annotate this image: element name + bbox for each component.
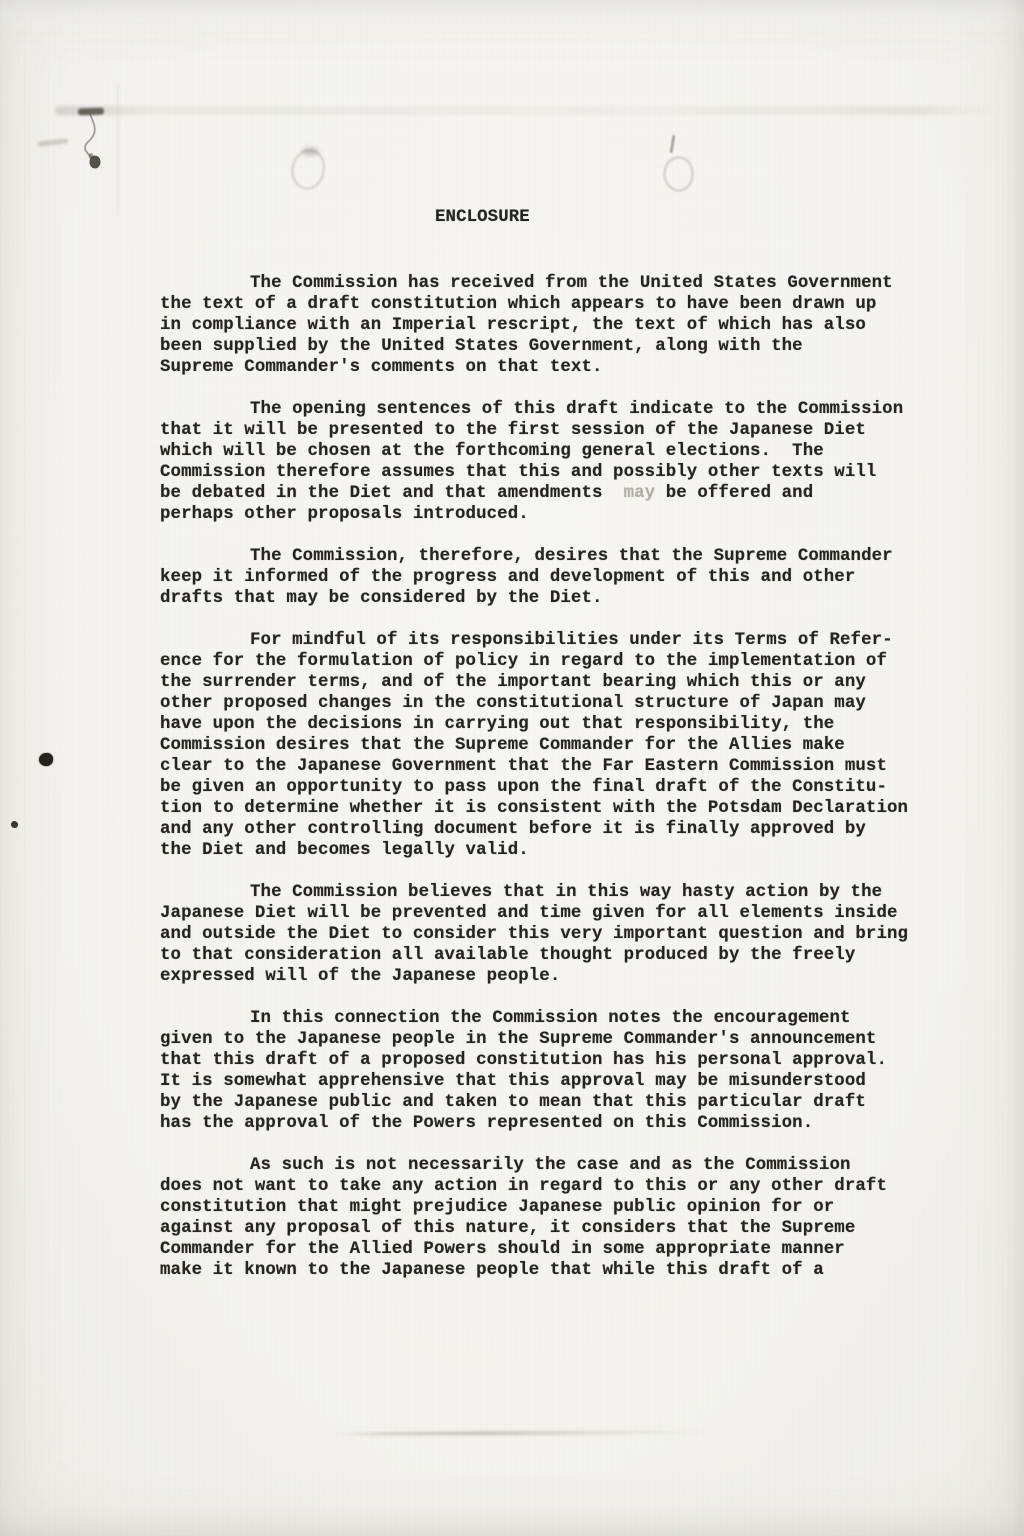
- text-line: that this draft of a proposed constituti…: [160, 1050, 960, 1071]
- document-title: ENCLOSURE: [435, 207, 530, 228]
- text-line: perhaps other proposals introduced.: [160, 504, 960, 525]
- stamp-ring-right: [663, 156, 694, 192]
- text-line: other proposed changes in the constituti…: [160, 693, 960, 714]
- paper-edge-line: [117, 84, 119, 216]
- paragraph: In this connection the Commission notes …: [160, 1008, 960, 1134]
- paragraph: For mindful of its responsibilities unde…: [160, 630, 960, 861]
- text-line: The Commission, therefore, desires that …: [160, 546, 960, 567]
- text-line: As such is not necessarily the case and …: [160, 1155, 960, 1176]
- text-line: expressed will of the Japanese people.: [160, 966, 960, 987]
- text-line: Japanese Diet will be prevented and time…: [160, 903, 960, 924]
- text-line: For mindful of its responsibilities unde…: [160, 630, 960, 651]
- text-line: drafts that may be considered by the Die…: [160, 588, 960, 609]
- text-line: be debated in the Diet and that amendmen…: [160, 483, 960, 504]
- document-content: ENCLOSURE The Commission has received fr…: [160, 207, 960, 1281]
- paragraph: The opening sentences of this draft indi…: [160, 399, 960, 525]
- paragraph: The Commission believes that in this way…: [160, 882, 960, 987]
- text-line: clear to the Japanese Government that th…: [160, 756, 960, 777]
- scan-streak: [55, 106, 995, 115]
- paragraph: As such is not necessarily the case and …: [160, 1155, 960, 1281]
- scanned-document-page: ENCLOSURE The Commission has received fr…: [0, 0, 1024, 1536]
- text-line: The Commission believes that in this way…: [160, 882, 960, 903]
- text-line: make it known to the Japanese people tha…: [160, 1260, 960, 1281]
- faded-word: may: [624, 484, 656, 503]
- text-line: It is somewhat apprehensive that this ap…: [160, 1071, 960, 1092]
- pencil-faint-dash-mark: [38, 138, 68, 147]
- text-line: Commission therefore assumes that this a…: [160, 462, 960, 483]
- text-line: the Diet and becomes legally valid.: [160, 840, 960, 861]
- stamp-ring-left-smudge: [302, 147, 319, 156]
- text-line: which will be chosen at the forthcoming …: [160, 441, 960, 462]
- text-line: that it will be presented to the first s…: [160, 420, 960, 441]
- ink-blot-large: [39, 753, 53, 766]
- text-line: the surrender terms, and of the importan…: [160, 672, 960, 693]
- paragraph: The Commission has received from the Uni…: [160, 273, 960, 378]
- text-line: given to the Japanese people in the Supr…: [160, 1029, 960, 1050]
- text-line: In this connection the Commission notes …: [160, 1008, 960, 1029]
- text-line: be given an opportunity to pass upon the…: [160, 777, 960, 798]
- text-line: have upon the decisions in carrying out …: [160, 714, 960, 735]
- pencil-dash-mark: [78, 108, 104, 116]
- paper-crease: [330, 1430, 720, 1436]
- stamp-ring-right-tick: [670, 135, 676, 153]
- text-line: Supreme Commander's comments on that tex…: [160, 357, 960, 378]
- scan-top-highlight: [0, 0, 1024, 34]
- text-line: keep it informed of the progress and dev…: [160, 567, 960, 588]
- text-line: against any proposal of this nature, it …: [160, 1218, 960, 1239]
- ink-blot-small: [11, 821, 18, 828]
- text-line: in compliance with an Imperial rescript,…: [160, 315, 960, 336]
- text-line: ence for the formulation of policy in re…: [160, 651, 960, 672]
- text-line: The opening sentences of this draft indi…: [160, 399, 960, 420]
- text-line: by the Japanese public and taken to mean…: [160, 1092, 960, 1113]
- text-line: Commander for the Allied Powers should i…: [160, 1239, 960, 1260]
- stamp-ring-left: [289, 147, 328, 192]
- text-line: to that consideration all available thou…: [160, 945, 960, 966]
- text-line: tion to determine whether it is consiste…: [160, 798, 960, 819]
- text-line: the text of a draft constitution which a…: [160, 294, 960, 315]
- paragraph: The Commission, therefore, desires that …: [160, 546, 960, 609]
- text-line: constitution that might prejudice Japane…: [160, 1197, 960, 1218]
- document-body: The Commission has received from the Uni…: [160, 273, 960, 1281]
- text-line: been supplied by the United States Gover…: [160, 336, 960, 357]
- pencil-squiggle-mark: [68, 112, 112, 174]
- text-line: has the approval of the Powers represent…: [160, 1113, 960, 1134]
- text-line: and any other controlling document befor…: [160, 819, 960, 840]
- text-line: The Commission has received from the Uni…: [160, 273, 960, 294]
- text-line: and outside the Diet to consider this ve…: [160, 924, 960, 945]
- text-line: Commission desires that the Supreme Comm…: [160, 735, 960, 756]
- text-line: does not want to take any action in rega…: [160, 1176, 960, 1197]
